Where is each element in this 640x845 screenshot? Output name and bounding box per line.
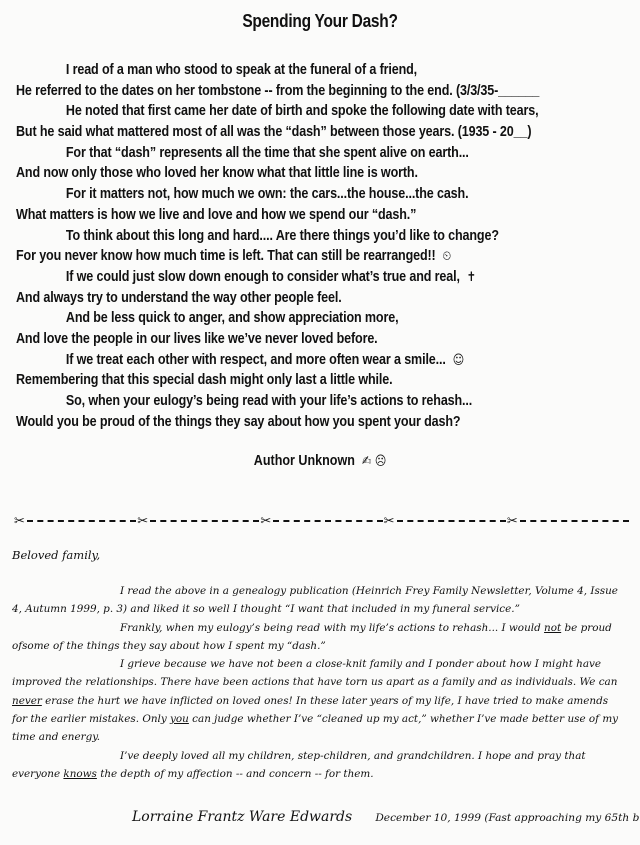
poem-line-text: For that “dash” represents all the time … — [66, 145, 469, 161]
scissors-icon: ✂ — [137, 515, 148, 528]
poem-title: Spending Your Dash? — [45, 11, 595, 32]
poem-symbol-icon: ✝ — [463, 270, 476, 285]
poem-line: And love the people in our lives like we… — [16, 329, 549, 350]
poem-line: To think about this long and hard.... Ar… — [16, 226, 549, 247]
poem-line: For that “dash” represents all the time … — [16, 143, 549, 164]
signature-date: December 10, 1999 (Fast approaching my 6… — [375, 812, 640, 824]
poem-line-text: So, when your eulogy’s being read with y… — [66, 393, 472, 409]
cut-line-segment: ✂ — [507, 515, 630, 528]
poem-line: He noted that first came her date of bir… — [16, 101, 549, 122]
signature-block: Lorraine Frantz Ware Edwards December 10… — [132, 806, 640, 825]
document-page: Spending Your Dash? I read of a man who … — [0, 0, 640, 845]
poem-author: Author Unknown ✍ ☹ — [0, 453, 640, 469]
dashed-line — [150, 520, 259, 522]
poem-line-text: If we could just slow down enough to con… — [66, 269, 460, 285]
poem-line-text: To think about this long and hard.... Ar… — [66, 228, 499, 244]
poem-line-text: Would you be proud of the things they sa… — [16, 414, 460, 430]
poem-line-text: If we treat each other with respect, and… — [66, 352, 446, 368]
letter-text: the depth of my affection -- and concern… — [97, 768, 374, 780]
dashed-line — [273, 520, 382, 522]
poem-line: If we could just slow down enough to con… — [16, 267, 549, 288]
letter-text: I read the above in a genealogy publicat… — [12, 585, 618, 615]
letter-paragraph: I read the above in a genealogy publicat… — [12, 582, 624, 619]
poem-line-text: And love the people in our lives like we… — [16, 331, 378, 347]
signature-name: Lorraine Frantz Ware Edwards — [132, 809, 352, 825]
cut-line-segment: ✂ — [260, 515, 383, 528]
poem-line: And be less quick to anger, and show app… — [16, 308, 549, 329]
emphasized-word: not — [544, 622, 561, 634]
scissors-icon: ✂ — [384, 515, 395, 528]
poem-line: He referred to the dates on her tombston… — [16, 81, 549, 102]
cut-line-segment: ✂ — [137, 515, 260, 528]
poem-line: What matters is how we live and love and… — [16, 205, 549, 226]
poem-line: For you never know how much time is left… — [16, 246, 549, 267]
personal-letter: Beloved family, I read the above in a ge… — [12, 548, 624, 783]
poem-line-text: He noted that first came her date of bir… — [66, 103, 539, 119]
emphasized-word: you — [170, 713, 189, 725]
poem-line-text: For you never know how much time is left… — [16, 248, 436, 264]
author-label: Author Unknown — [254, 453, 355, 469]
poem-line-text: I read of a man who stood to speak at th… — [66, 62, 417, 78]
scissors-icon: ✂ — [14, 515, 25, 528]
poem-line: Would you be proud of the things they sa… — [16, 412, 549, 433]
letter-body: I read the above in a genealogy publicat… — [12, 582, 624, 783]
letter-paragraph: Frankly, when my eulogy’s being read wit… — [12, 619, 624, 656]
emphasized-word: never — [12, 695, 42, 707]
poem-line: For it matters not, how much we own: the… — [16, 184, 549, 205]
poem-line-text: Remembering that this special dash might… — [16, 372, 392, 388]
cut-line-segment: ✂ — [14, 515, 137, 528]
writing-hand-frown-icon: ✍ ☹ — [362, 454, 387, 469]
letter-text: I grieve because we have not been a clos… — [12, 658, 617, 688]
cut-line-segment: ✂ — [384, 515, 507, 528]
letter-text: Frankly, when my eulogy’s being read wit… — [120, 622, 544, 634]
poem-line: And always try to understand the way oth… — [16, 288, 549, 309]
poem-line: And now only those who loved her know wh… — [16, 163, 549, 184]
poem-line: But he said what mattered most of all wa… — [16, 122, 549, 143]
scissors-icon: ✂ — [507, 515, 518, 528]
poem-line: Remembering that this special dash might… — [16, 370, 549, 391]
scissors-icon: ✂ — [260, 515, 271, 528]
poem-symbol-icon: ⏲ — [439, 249, 451, 264]
emphasized-word: knows — [63, 768, 96, 780]
poem-line-text: But he said what mattered most of all wa… — [16, 124, 531, 140]
poem-line-text: And be less quick to anger, and show app… — [66, 310, 399, 326]
letter-paragraph: I grieve because we have not been a clos… — [12, 655, 624, 746]
letter-greeting: Beloved family, — [12, 548, 624, 562]
poem-line-text: He referred to the dates on her tombston… — [16, 83, 539, 99]
poem-body: I read of a man who stood to speak at th… — [16, 60, 636, 432]
poem-line-text: What matters is how we live and love and… — [16, 207, 416, 223]
poem-line: If we treat each other with respect, and… — [16, 350, 549, 371]
dashed-line — [27, 520, 136, 522]
poem-line: I read of a man who stood to speak at th… — [16, 60, 549, 81]
dashed-line — [397, 520, 506, 522]
poem-line-text: For it matters not, how much we own: the… — [66, 186, 469, 202]
letter-paragraph: I’ve deeply loved all my children, step-… — [12, 747, 624, 784]
poem-line-text: And always try to understand the way oth… — [16, 290, 342, 306]
poem-line: So, when your eulogy’s being read with y… — [16, 391, 549, 412]
poem-line-text: And now only those who loved her know wh… — [16, 165, 418, 181]
poem-symbol-icon: ☺ — [449, 353, 464, 368]
dashed-line — [520, 520, 629, 522]
scissor-cut-line: ✂✂✂✂✂ — [14, 512, 630, 530]
